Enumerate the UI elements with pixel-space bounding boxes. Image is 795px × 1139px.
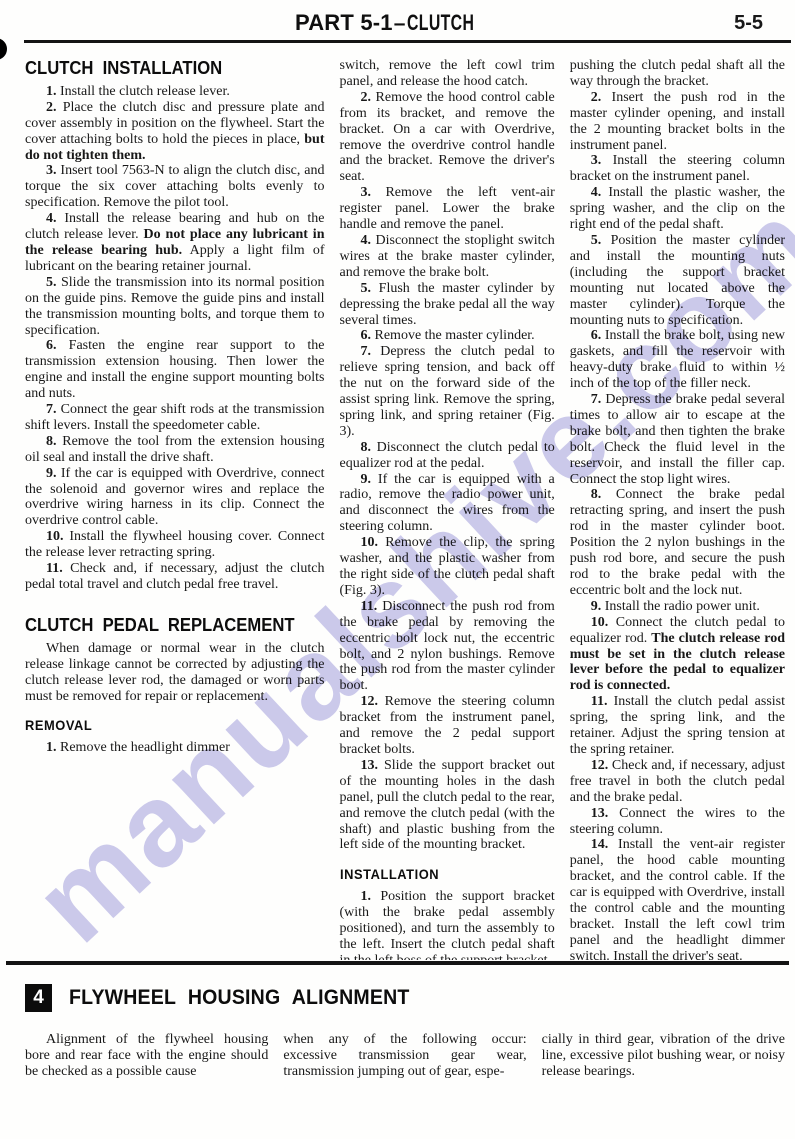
paragraph: 7. Connect the gear shift rods at the tr…: [25, 402, 325, 434]
page-number: 5-5: [734, 12, 763, 35]
paragraph: when any of the following occur: excessi…: [283, 1032, 526, 1080]
paragraph: 2. Insert the push rod in the master cyl…: [570, 90, 785, 154]
paragraph: 8. Remove the tool from the extension ho…: [25, 434, 325, 466]
section-header: 4 FLYWHEEL HOUSING ALIGNMENT: [25, 984, 435, 1012]
section-column-3: cially in third gear, vibration of the d…: [542, 1032, 785, 1080]
paragraph: 4. Disconnect the stoplight switch wires…: [340, 233, 555, 281]
section-number-badge: 4: [25, 984, 52, 1012]
paragraph: 12. Check and, if necessary, adjust free…: [570, 758, 785, 806]
column-3: pushing the clutch pedal shaft all the w…: [570, 58, 785, 960]
section-columns: Alignment of the flywheel housing bore a…: [25, 1032, 785, 1080]
paragraph: 6. Remove the master cylinder.: [340, 328, 555, 344]
paragraph: 3. Install the steering column bracket o…: [570, 153, 785, 185]
header-rule: [24, 40, 791, 43]
paragraph: 4. Install the plastic washer, the sprin…: [570, 185, 785, 233]
paragraph: 2. Place the clutch disc and pressure pl…: [25, 100, 325, 164]
column-heading: CLUTCH PEDAL REPLACEMENT: [25, 617, 295, 633]
section-column-1: Alignment of the flywheel housing bore a…: [25, 1032, 268, 1080]
page-header: PART 5-1–CLUTCH 5-5: [0, 10, 795, 44]
paragraph: 6. Install the brake bolt, using new gas…: [570, 328, 785, 392]
paragraph: 8. Disconnect the clutch pedal to equali…: [340, 440, 555, 472]
paragraph: 9. If the car is equipped with Overdrive…: [25, 466, 325, 530]
title-dash: –: [394, 12, 406, 35]
paragraph: Alignment of the flywheel housing bore a…: [25, 1032, 268, 1080]
paragraph: 11. Check and, if necessary, adjust the …: [25, 561, 325, 593]
column-heading: CLUTCH INSTALLATION: [25, 60, 295, 76]
column-1: CLUTCH INSTALLATION1. Install the clutch…: [25, 58, 325, 960]
paragraph: 9. If the car is equipped with a radio, …: [340, 472, 555, 536]
paragraph: pushing the clutch pedal shaft all the w…: [570, 58, 785, 90]
page-title: PART 5-1–CLUTCH: [0, 10, 795, 36]
paragraph: 10. Install the flywheel housing cover. …: [25, 529, 325, 561]
part-label: PART 5-1: [295, 10, 393, 35]
column-2: switch, remove the left cowl trim panel,…: [340, 58, 555, 960]
paragraph: 10. Remove the clip, the spring washer, …: [340, 535, 555, 599]
paragraph: When damage or normal wear in the clutch…: [25, 641, 325, 705]
paragraph: 11. Disconnect the push rod from the bra…: [340, 599, 555, 694]
section-column-2: when any of the following occur: excessi…: [283, 1032, 526, 1080]
paragraph: 13. Slide the support bracket out of the…: [340, 758, 555, 853]
paragraph: 12. Remove the steering column bracket f…: [340, 694, 555, 758]
paragraph: 7. Depress the brake pedal several times…: [570, 392, 785, 487]
section-title: FLYWHEEL HOUSING ALIGNMENT: [69, 986, 409, 1010]
main-columns: CLUTCH INSTALLATION1. Install the clutch…: [25, 58, 785, 960]
paragraph: 13. Connect the wires to the steering co…: [570, 806, 785, 838]
paragraph: 8. Connect the brake pedal retracting sp…: [570, 487, 785, 598]
paragraph: 5. Position the master cylinder and inst…: [570, 233, 785, 328]
paragraph: 3. Insert tool 7563-N to align the clutc…: [25, 163, 325, 211]
paragraph: 1. Remove the headlight dimmer: [25, 740, 325, 756]
paragraph: 1. Position the support bracket (with th…: [340, 889, 555, 960]
paragraph: cially in third gear, vibration of the d…: [542, 1032, 785, 1080]
paragraph: 11. Install the clutch pedal assist spri…: [570, 694, 785, 758]
paragraph: 4. Install the release bearing and hub o…: [25, 211, 325, 275]
paragraph: 3. Remove the left vent-air register pan…: [340, 185, 555, 233]
paragraph: 5. Flush the master cylinder by depressi…: [340, 281, 555, 329]
section-divider-rule: [6, 961, 789, 965]
paragraph: 2. Remove the hood control cable from it…: [340, 90, 555, 185]
paragraph: 14. Install the vent-air register panel,…: [570, 837, 785, 960]
sub-heading: INSTALLATION: [340, 867, 538, 883]
paragraph: switch, remove the left cowl trim panel,…: [340, 58, 555, 90]
paragraph: 1. Install the clutch release lever.: [25, 84, 325, 100]
paragraph: 6. Fasten the engine rear support to the…: [25, 338, 325, 402]
paragraph: 9. Install the radio power unit.: [570, 599, 785, 615]
subject-label: CLUTCH: [407, 10, 474, 36]
paragraph: 5. Slide the transmission into its norma…: [25, 275, 325, 339]
paragraph: 10. Connect the clutch pedal to equalize…: [570, 615, 785, 695]
sub-heading: REMOVAL: [25, 718, 301, 734]
paragraph: 7. Depress the clutch pedal to relieve s…: [340, 344, 555, 439]
